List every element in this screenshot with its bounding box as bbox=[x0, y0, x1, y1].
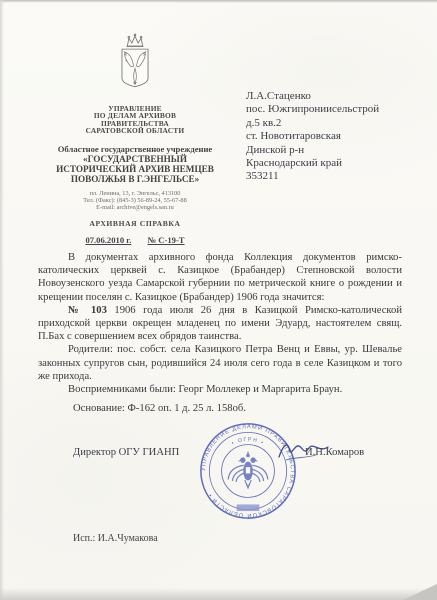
stamp-inner-text: • ОГРН • bbox=[231, 437, 265, 447]
svg-text:• ОГРН •: • ОГРН • bbox=[231, 437, 265, 447]
double-headed-eagle-icon bbox=[228, 452, 268, 488]
date-number-line: 07.06.2010 г. № С-19-Т bbox=[35, 235, 235, 245]
organization-name-line: ПОВОЛЖЬЯ В Г.ЭНГЕЛЬСЕ» bbox=[35, 174, 235, 184]
document-date: 07.06.2010 г. bbox=[85, 235, 131, 245]
organization-name-line: ИСТОРИЧЕСКИЙ АРХИВ НЕМЦЕВ bbox=[35, 164, 235, 174]
recipient-address-line: Динской р-н bbox=[246, 144, 379, 157]
official-round-stamp: УПРАВЛЕНИЕ ДЕЛАМИ ПРАВИТЕЛЬСТВА САРАТОВС… bbox=[199, 422, 297, 520]
record-number: № 103 bbox=[68, 305, 107, 316]
recipient-address-line: ст. Новотитаровская bbox=[246, 130, 379, 143]
contact-block: пл. Ленина, 13, г. Энгельс, 413100 Тел. … bbox=[35, 190, 235, 212]
body-paragraph-fond: В документах архивного фонда Коллекция д… bbox=[38, 251, 402, 304]
scanned-document-page: УПРАВЛЕНИЕ ПО ДЕЛАМ АРХИВОВ ПРАВИТЕЛЬСТВ… bbox=[0, 0, 437, 600]
email-address: E-mail: archive@engels.san.ru bbox=[35, 204, 235, 211]
signer-name: И.Н.Комаров bbox=[305, 447, 364, 458]
body-paragraph-record: № 103 1906 года июля 26 дня в Казицкой Р… bbox=[38, 304, 402, 344]
signer-title: Директор ОГУ ГИАНП bbox=[73, 447, 179, 458]
recipient-name: Л.А.Стаценко bbox=[246, 90, 379, 103]
scan-edge-bottom bbox=[0, 588, 437, 600]
letterhead-block: УПРАВЛЕНИЕ ПО ДЕЛАМ АРХИВОВ ПРАВИТЕЛЬСТВ… bbox=[35, 33, 235, 245]
recipient-address-line: пос. Южгипрониисельстрой bbox=[246, 103, 379, 116]
scan-edge-top bbox=[0, 0, 437, 3]
organization-type: Областное государственное учреждение bbox=[35, 144, 235, 154]
organization-name-line: «ГОСУДАРСТВЕННЫЙ bbox=[35, 154, 235, 164]
recipient-address-line: д.5 кв.2 bbox=[246, 117, 379, 130]
document-type-title: АРХИВНАЯ СПРАВКА bbox=[35, 219, 235, 228]
body-paragraph-parents: Родители: пос. собст. села Казицкого Пет… bbox=[38, 343, 402, 383]
certificate-body: В документах архивного фонда Коллекция д… bbox=[38, 251, 402, 396]
body-paragraph-godparents: Восприемниками были: Георг Моллекер и Ма… bbox=[38, 383, 402, 396]
scan-corner-fold bbox=[403, 584, 437, 600]
postal-address: пл. Ленина, 13, г. Энгельс, 413100 bbox=[35, 190, 235, 197]
phone-fax: Тел. (Факс): (845-3) 56-89-24, 55-67-88 bbox=[35, 197, 235, 204]
organization-name: «ГОСУДАРСТВЕННЫЙ ИСТОРИЧЕСКИЙ АРХИВ НЕМЦ… bbox=[35, 154, 235, 185]
executor-line: Исп.: И.А.Чумакова bbox=[73, 533, 158, 544]
recipient-address-line: Краснодарский край bbox=[246, 157, 379, 170]
department-line: САРАТОВСКОЙ ОБЛАСТИ bbox=[35, 127, 235, 134]
saratov-coat-of-arms-icon bbox=[112, 33, 158, 99]
recipient-address-block: Л.А.Стаценко пос. Южгипрониисельстрой д.… bbox=[246, 90, 379, 184]
document-number: № С-19-Т bbox=[148, 235, 185, 245]
stamp-bottom-banner bbox=[237, 504, 260, 511]
department-name: УПРАВЛЕНИЕ ПО ДЕЛАМ АРХИВОВ ПРАВИТЕЛЬСТВ… bbox=[35, 105, 235, 135]
scan-edge-left bbox=[0, 0, 4, 600]
recipient-postal-code: 353211 bbox=[246, 170, 379, 183]
archival-basis-line: Основание: Ф-162 оп. 1 д. 25 л. 158об. bbox=[73, 403, 246, 414]
